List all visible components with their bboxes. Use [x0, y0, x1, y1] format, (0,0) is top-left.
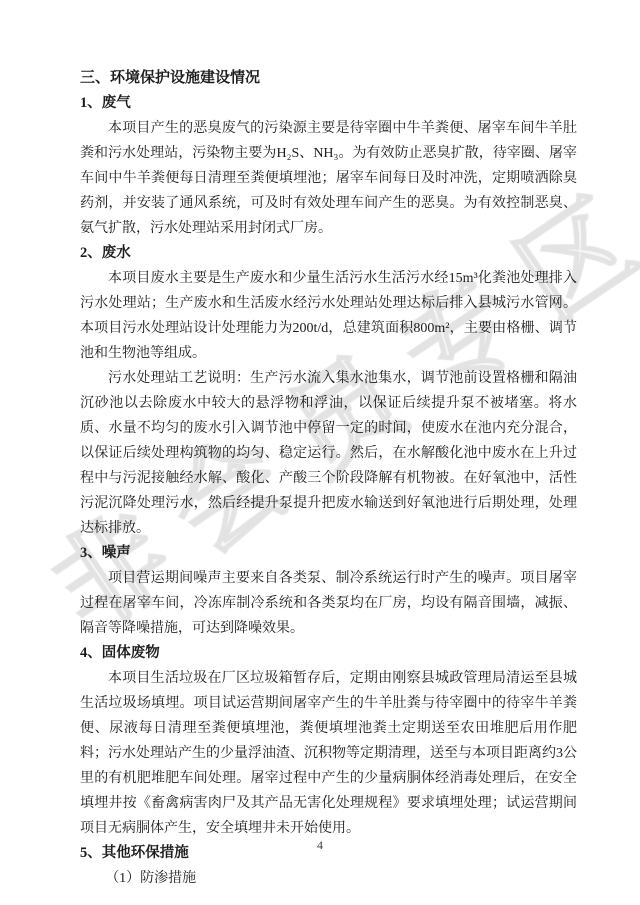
paragraph: 项目营运期间噪声主要来自各类泵、制冷系统运行时产生的噪声。项目屠宰过程在屠宰车间…	[80, 566, 577, 641]
subsection-heading: 1、废气	[80, 91, 577, 116]
document-page: 非会员专区 三、环境保护设施建设情况1、废气本项目产生的恶臭废气的污染源主要是待…	[0, 0, 640, 905]
paragraph: 本项目生活垃圾在厂区垃圾箱暂存后，定期由刚察县城政管理局清运至县城生活垃圾场填埋…	[80, 666, 577, 841]
paragraph: 污水处理站工艺说明：生产污水流入集水池集水，调节池前设置格栅和隔油沉砂池以去除废…	[80, 366, 577, 541]
page-number: 4	[0, 838, 640, 853]
paragraph: 本项目废水主要是生产废水和少量生活污水生活污水经15m³化粪池处理排入污水处理站…	[80, 266, 577, 366]
subsection-heading: 2、废水	[80, 241, 577, 266]
subsection-heading: 4、固体废物	[80, 641, 577, 666]
document-body: 三、环境保护设施建设情况1、废气本项目产生的恶臭废气的污染源主要是待宰圈中牛羊粪…	[80, 66, 577, 891]
section-heading: 三、环境保护设施建设情况	[80, 66, 577, 91]
list-item: （1）防渗措施	[80, 866, 577, 891]
subsection-heading: 3、噪声	[80, 541, 577, 566]
paragraph: 本项目产生的恶臭废气的污染源主要是待宰圈中牛羊粪便、屠宰车间牛羊肚粪和污水处理站…	[80, 116, 577, 241]
